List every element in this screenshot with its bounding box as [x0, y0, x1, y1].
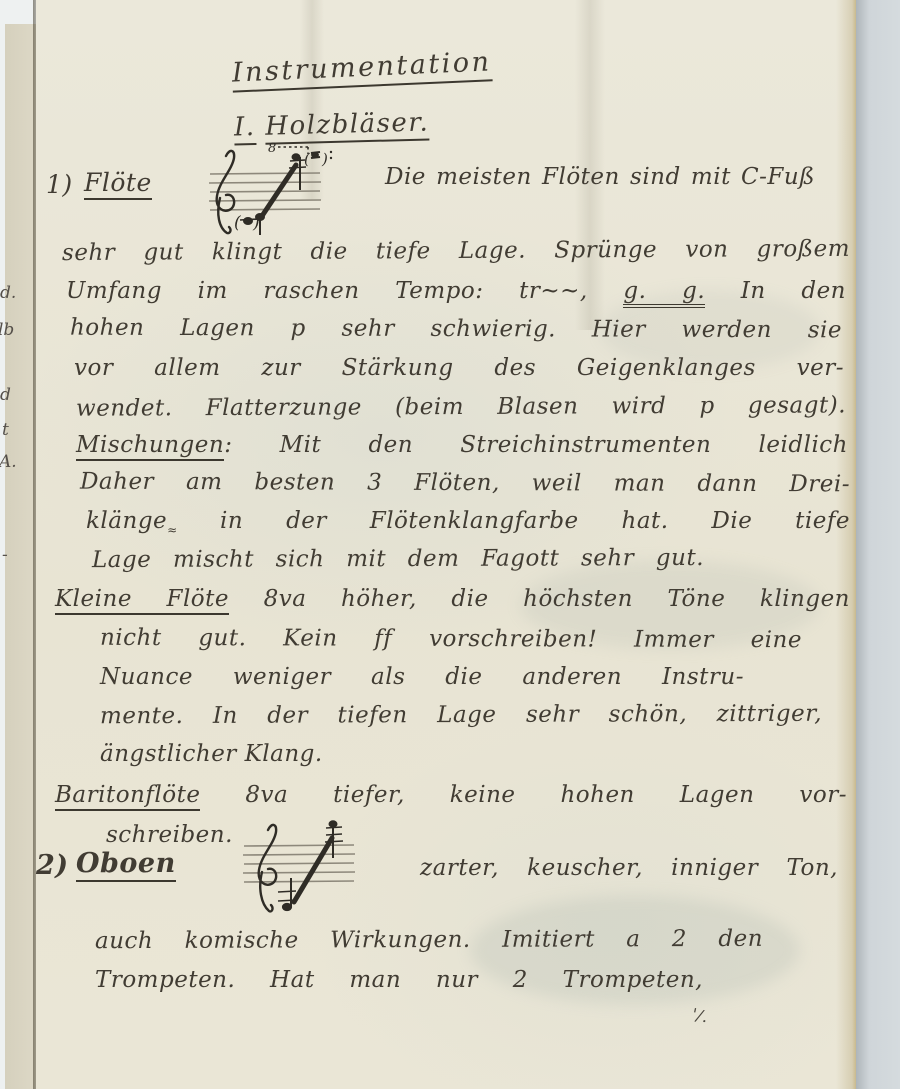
manuscript-line: auch komische Wirkungen. Imitiert a 2 de… — [95, 924, 763, 956]
oboe-entry-label: Oboen — [76, 848, 176, 882]
manuscript-line: wendet. Flatterzunge (beim Blasen wird p… — [76, 390, 846, 423]
manuscript-line: Nuance weniger als die anderen Instru- — [100, 662, 744, 692]
line-text: Nuance weniger als die anderen Instru- — [100, 664, 744, 690]
manuscript-line: nicht gut. Kein ff vorschreiben! Immer e… — [100, 623, 802, 655]
margin-fragment: d. — [0, 283, 16, 303]
scanner-background — [856, 0, 900, 1089]
margin-fragment: lb — [0, 320, 14, 340]
svg-text:8: 8 — [268, 141, 276, 156]
line-text: 8va tiefer, keine hohen Lagen vor- — [200, 782, 847, 808]
margin-fragment: d — [0, 385, 11, 405]
line-label: Kleine Flöte — [55, 586, 229, 615]
section-heading: I. Holzbläser. — [234, 107, 430, 142]
manuscript-line: schreiben. — [106, 820, 233, 850]
line-text: ängstlicher Klang. — [100, 741, 323, 767]
manuscript-line: mente. In der tiefen Lage sehr schön, zi… — [100, 699, 822, 732]
manuscript-line: Daher am besten 3 Flöten, weil man dann … — [80, 467, 850, 500]
ottava-marking: 8 — [268, 141, 308, 156]
manuscript-line: Umfang im raschen Tempo: tr~~, g. g. In … — [66, 276, 846, 306]
svg-text:): ) — [321, 150, 328, 168]
line-text: Die meisten Flöten sind mit C-Fuß — [385, 164, 815, 190]
line-text: In den — [705, 278, 846, 304]
manuscript-line: zarter, keuscher, inniger Ton, — [420, 853, 838, 883]
line-text: 8va höher, die höchsten Töne klingen — [229, 586, 850, 612]
manuscript-line: Kleine Flöte 8va höher, die höchsten Tön… — [55, 584, 850, 614]
manuscript-line: vor allem zur Stärkung des Geigenklanges… — [74, 353, 844, 383]
manuscript-line: hohen Lagen p sehr schwierig. Hier werde… — [70, 313, 842, 346]
manuscript-line: Die meisten Flöten sind mit C-Fuß — [385, 162, 815, 192]
manuscript-line: klänge≈ in der Flötenklangfarbe hat. Die… — [86, 506, 850, 545]
manuscript-line: Baritonflöte 8va tiefer, keine hohen Lag… — [55, 780, 847, 810]
margin-fragment: t — [2, 420, 9, 440]
line-text: nicht gut. Kein ff vorschreiben! Immer e… — [100, 625, 802, 653]
line-text: Daher am besten 3 Flöten, weil man dann … — [80, 469, 850, 498]
treble-clef-icon — [259, 825, 276, 912]
line-text: zarter, keuscher, inniger Ton, — [420, 855, 838, 881]
line-text: sehr gut klingt die tiefe Lage. Sprünge … — [62, 236, 850, 266]
manuscript-line: sehr gut klingt die tiefe Lage. Sprünge … — [62, 234, 850, 268]
line-text: Umfang im raschen Tempo: tr~~, — [66, 278, 623, 304]
flute-entry-number: 1) — [46, 170, 73, 199]
manuscript-line: Lage mischt sich mit dem Fagott sehr gut… — [92, 543, 704, 575]
line-text: wendet. Flatterzunge (beim Blasen wird p… — [76, 392, 846, 421]
insertion-mark: ≈ — [167, 523, 177, 537]
previous-page-edge — [5, 24, 36, 1089]
line-text: klänge — [86, 508, 167, 534]
staff-lines — [209, 173, 321, 210]
high-note — [325, 821, 343, 858]
line-text: vor allem zur Stärkung des Geigenklanges… — [74, 355, 844, 381]
flute-entry-label: Flöte — [84, 168, 152, 200]
line-text: auch komische Wirkungen. Imitiert a 2 de… — [95, 926, 763, 954]
line-text: : Mit den Streichinstrumenten leidlich — [224, 432, 848, 458]
flute-range-staff-sketch: ( ) ( ) 8 — [196, 140, 336, 240]
line-text: in der Flötenklangfarbe hat. Die tiefe — [177, 508, 850, 534]
svg-text:(: ( — [234, 213, 241, 233]
manuscript-line: ängstlicher Klang. — [100, 739, 323, 769]
line-text: schreiben. — [106, 822, 233, 848]
oboe-entry-number: 2) — [36, 850, 69, 881]
line-label: Mischungen — [76, 432, 224, 461]
manuscript-line: Mischungen: Mit den Streichinstrumenten … — [76, 430, 848, 460]
line-text: Trompeten. Hat man nur 2 Trompeten, — [95, 967, 703, 993]
oboe-range-staff-sketch — [232, 816, 372, 921]
low-note — [278, 878, 296, 911]
line-label: Baritonflöte — [55, 782, 200, 811]
manuscript-line: Trompeten. Hat man nur 2 Trompeten, — [95, 965, 703, 995]
margin-fragment: A. — [0, 452, 17, 472]
line-text: hohen Lagen p sehr schwierig. Hier werde… — [70, 315, 842, 344]
emphasized-text: g. g. — [623, 278, 705, 308]
line-text: Lage mischt sich mit dem Fagott sehr gut… — [92, 545, 704, 573]
line-text: mente. In der tiefen Lage sehr schön, zi… — [100, 701, 822, 730]
range-stroke — [294, 838, 332, 902]
margin-fragment: - — [2, 545, 8, 565]
